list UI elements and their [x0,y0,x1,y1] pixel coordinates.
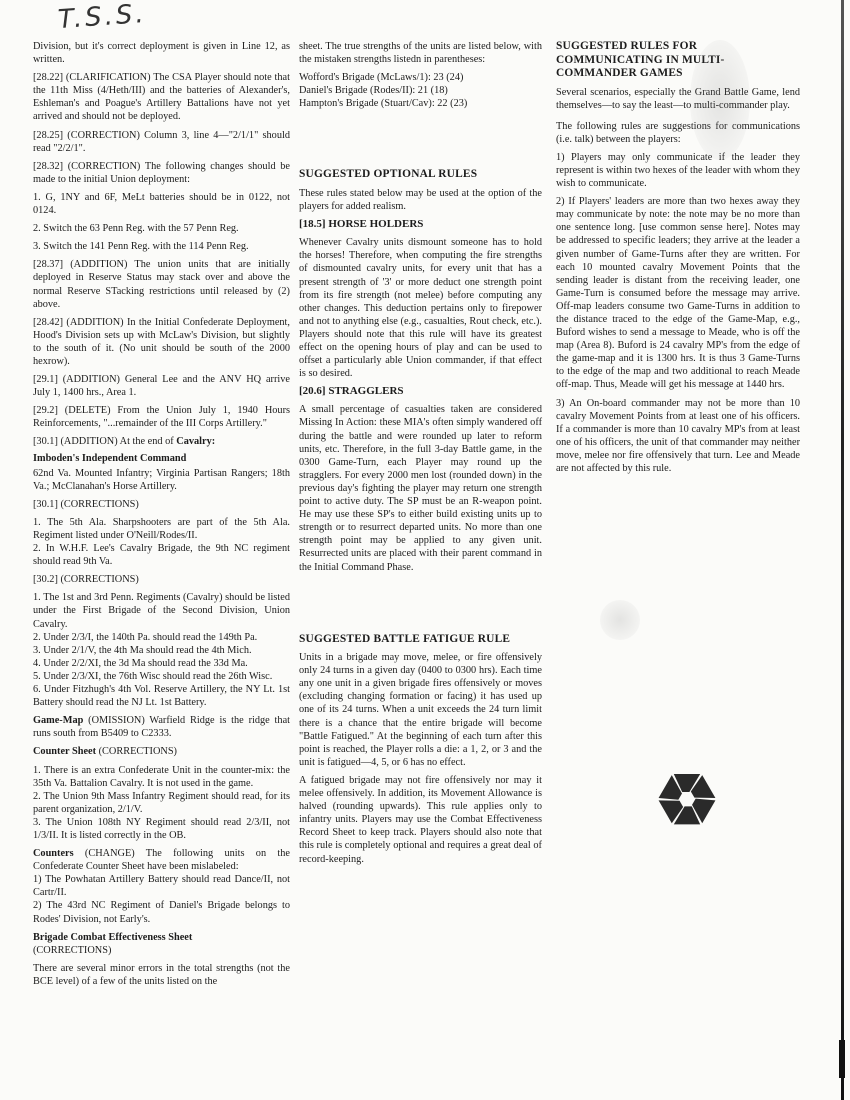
section-heading-rest: (CORRECTIONS) [33,944,290,957]
list-item: 2) The 43rd NC Regiment of Daniel's Brig… [33,899,290,925]
paragraph-game-map: Game-Map (OMISSION) Warfield Ridge is th… [33,714,290,740]
text: [30.1] (ADDITION) At the end of [33,436,176,447]
paragraph: The following rules are suggestions for … [556,120,800,146]
list-item: Wofford's Brigade (McLaws/1): 23 (24) [299,71,542,84]
paragraph: These rules stated below may be used at … [299,187,542,213]
section-heading: [30.2] (CORRECTIONS) [33,573,290,586]
paragraph: There are several minor errors in the to… [33,962,290,988]
paragraph: A small percentage of casualties taken a… [299,403,542,573]
bold-text: Game-Map [33,715,83,726]
section-heading: [30.1] (CORRECTIONS) [33,498,290,511]
section-title: SUGGESTED BATTLE FATIGUE RULE [299,633,542,647]
bold-text: Counter Sheet [33,746,96,757]
mislabeled-list: 1) The Powhatan Artillery Battery should… [33,873,290,925]
column-2: sheet. The true strengths of the units a… [299,40,542,871]
section-heading: Counter Sheet (CORRECTIONS) [33,745,290,758]
bold-text: Cavalry: [176,436,215,447]
page-edge-border [839,1040,845,1078]
list-item: 1. There is an extra Confederate Unit in… [33,764,290,790]
paragraph-29-2: [29.2] (DELETE) From the Union July 1, 1… [33,404,290,430]
paragraph: Division, but it's correct deployment is… [33,40,290,66]
list-item: 2. Under 2/3/I, the 140th Pa. should rea… [33,631,290,644]
paragraph-30-1-addition: [30.1] (ADDITION) At the end of Cavalry: [33,435,290,448]
scan-smudge [690,40,750,160]
paragraph: Whenever Cavalry units dismount someone … [299,236,542,380]
list-item: 5. Under 2/3/XI, the 76th Wisc should re… [33,670,290,683]
paragraph-28-37: [28.37] (ADDITION) The union units that … [33,258,290,310]
list-item: 4. Under 2/2/XI, the 3d Ma should read t… [33,657,290,670]
list-item: Hampton's Brigade (Stuart/Cav): 22 (23) [299,97,542,110]
section-title: SUGGESTED OPTIONAL RULES [299,168,542,182]
paragraph: Several scenarios, especially the Grand … [556,86,800,112]
paragraph-29-1: [29.1] (ADDITION) General Lee and the AN… [33,373,290,399]
list-item: 3. The Union 108th NY Regiment should re… [33,816,290,842]
rule-title: [20.6] STRAGGLERS [299,385,542,398]
handwritten-note: T.S.S. [57,0,147,35]
corrections-list: 1. There is an extra Confederate Unit in… [33,764,290,843]
paragraph: Units in a brigade may move, melee, or f… [299,651,542,769]
page-edge-border [841,0,844,1100]
subheading: Imboden's Independent Command [33,452,290,465]
section-heading: Brigade Combat Effectiveness Sheet [33,931,290,944]
corrections-list: 1. The 1st and 3rd Penn. Regiments (Cava… [33,591,290,709]
list-item: Daniel's Brigade (Rodes/II): 21 (18) [299,84,542,97]
paragraph-counters: Counters (CHANGE) The following units on… [33,847,290,873]
paragraph-28-25: [28.25] (CORRECTION) Column 3, line 4—"2… [33,129,290,155]
list-item: 2. The Union 9th Mass Infantry Regiment … [33,790,290,816]
list-item: 1. The 5th Ala. Sharpshooters are part o… [33,516,290,542]
rule-title: [18.5] HORSE HOLDERS [299,218,542,231]
paragraph: sheet. The true strengths of the units a… [299,40,542,66]
list-item: 2. Switch the 63 Penn Reg. with the 57 P… [33,222,290,235]
paragraph: 62nd Va. Mounted Infantry; Virginia Part… [33,467,290,493]
paragraph-28-32: [28.32] (CORRECTION) The following chang… [33,160,290,186]
corrections-list: 1. The 5th Ala. Sharpshooters are part o… [33,516,290,568]
text: (CORRECTIONS) [96,746,177,757]
list-item: 3. Under 2/1/V, the 4th Ma should read t… [33,644,290,657]
rule-2: 2) If Players' leaders are more than two… [556,195,800,391]
paragraph: A fatigued brigade may not fire offensiv… [299,774,542,866]
rule-3: 3) An On-board commander may not be more… [556,397,800,476]
list-item: 6. Under Fitzhugh's 4th Vol. Reserve Art… [33,683,290,709]
list-item: 2. In W.H.F. Lee's Cavalry Brigade, the … [33,542,290,568]
list-item: 1) The Powhatan Artillery Battery should… [33,873,290,899]
list-item: 1. G, 1NY and 6F, MeLt batteries should … [33,191,290,217]
paragraph-28-42: [28.42] (ADDITION) In the Initial Confed… [33,316,290,368]
paragraph-28-22: [28.22] (CLARIFICATION) The CSA Player s… [33,71,290,123]
column-3: SUGGESTED RULES FOR COMMUNICATING IN MUL… [556,40,800,480]
list-item: 1. The 1st and 3rd Penn. Regiments (Cava… [33,591,290,630]
hexagon-aperture-logo-icon [656,768,718,828]
rule-1: 1) Players may only communicate if the l… [556,151,800,190]
bold-text: Counters [33,848,74,859]
list-item: 3. Switch the 141 Penn Reg. with the 114… [33,240,290,253]
strengths-list: Wofford's Brigade (McLaws/1): 23 (24) Da… [299,71,542,110]
column-1: Division, but it's correct deployment is… [33,40,290,993]
scan-smudge [600,600,640,640]
